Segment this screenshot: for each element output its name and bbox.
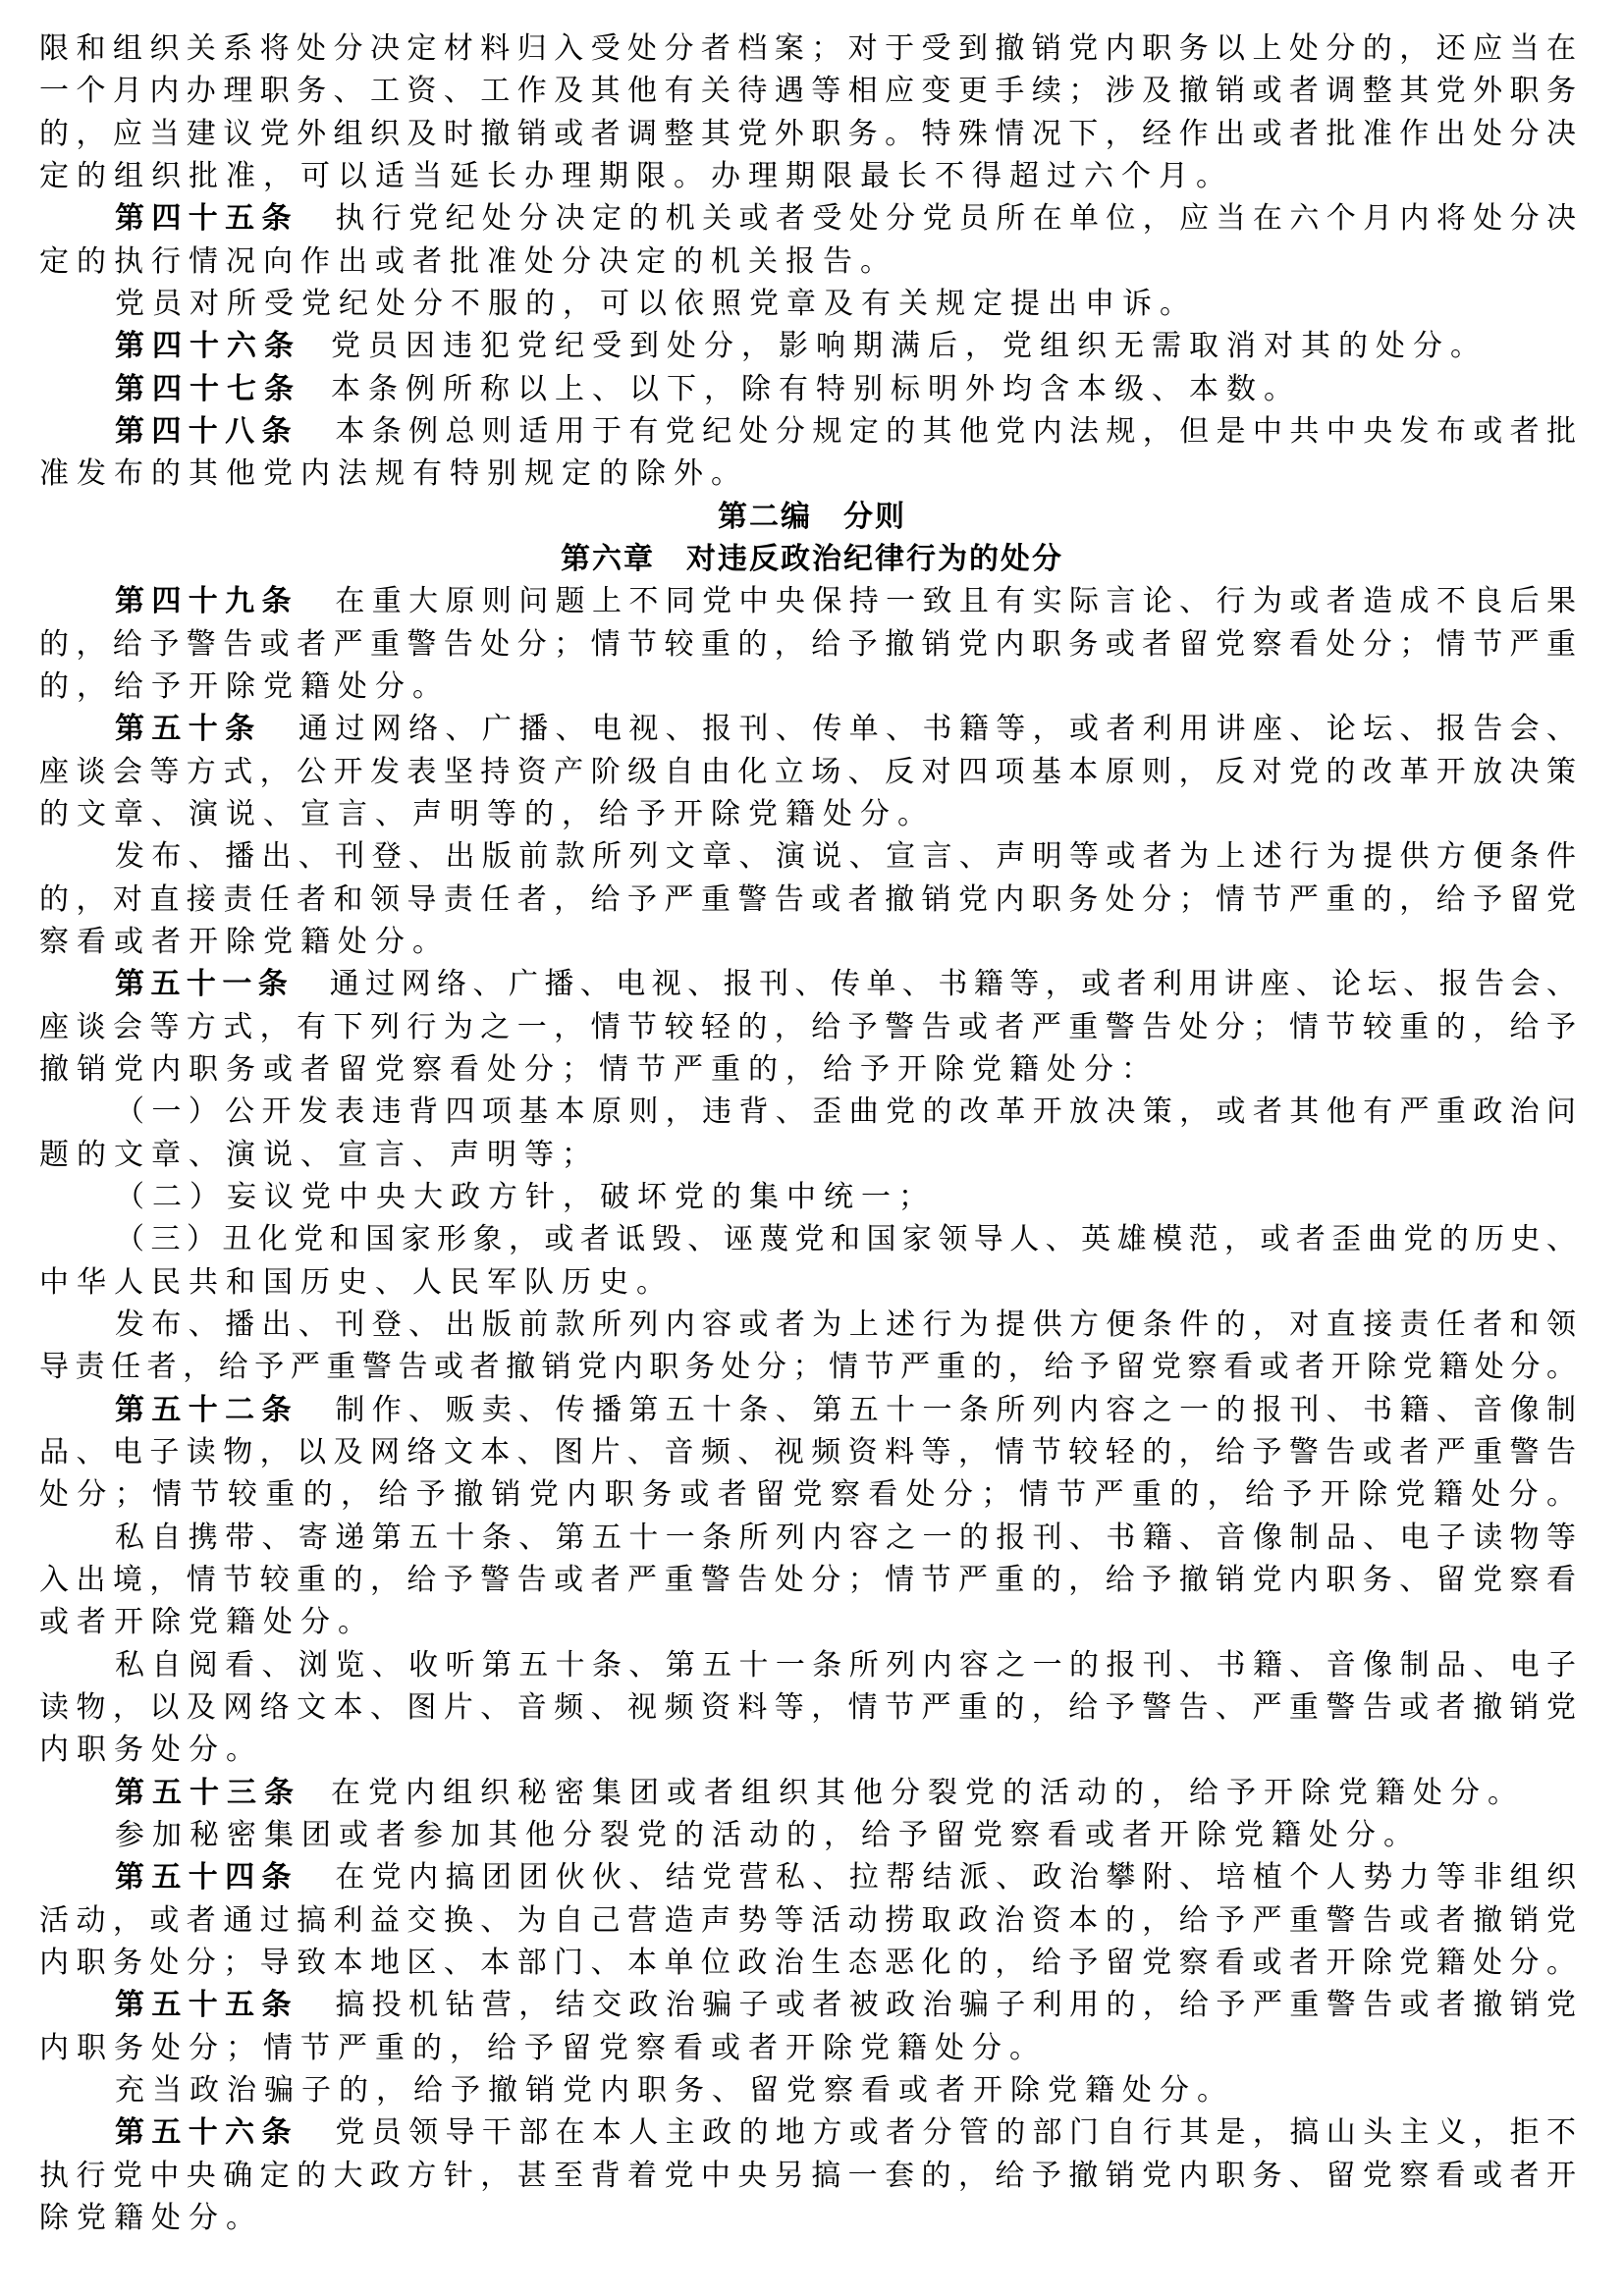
text-line: 内职务处分；导致本地区、本部门、本单位政治生态恶化的，给予留党察看或者开除党籍处… <box>39 1942 1576 1984</box>
text-line: 参加秘密集团或者参加其他分裂党的活动的，给予留党察看或者开除党籍处分。 <box>115 1814 1576 1856</box>
text-line: 撤销党内职务或者留党察看处分；情节严重的，给予开除党籍处分： <box>39 1048 1576 1091</box>
text-line: 活动，或者通过搞利益交换、为自己营造声势等活动捞取政治资本的，给予严重警告或者撤… <box>39 1899 1576 1942</box>
line-text: 充当政治骗子的，给予撤销党内职务、留党察看或者开除党籍处分。 <box>115 2073 1234 2108</box>
line-text: 撤销党内职务或者留党察看处分；情节严重的，给予开除党籍处分： <box>39 1052 1159 1087</box>
line-text: 发布、播出、刊登、出版前款所列文章、演说、宣言、声明等或者为上述行为提供方便条件 <box>115 839 1576 874</box>
line-text: 党员对所受党纪处分不服的，可以依照党章及有关规定提出申诉。 <box>115 287 1197 321</box>
line-text: 的，应当建议党外组织及时撤销或者调整其党外职务。特殊情况下，经作出或者批准作出处… <box>39 117 1576 151</box>
text-line: 发布、播出、刊登、出版前款所列文章、演说、宣言、声明等或者为上述行为提供方便条件 <box>115 835 1576 878</box>
line-text: 的，给予警告或者严重警告处分；情节较重的，给予撤销党内职务或者留党察看处分；情节… <box>39 627 1576 662</box>
line-text: 座谈会等方式，公开发表坚持资产阶级自由化立场、反对四项基本原则，反对党的改革开放… <box>39 755 1576 789</box>
text-line: 一个月内办理职务、工资、工作及其他有关待遇等相应变更手续；涉及撤销或者调整其党外… <box>39 70 1576 112</box>
line-text: 执行党中央确定的大政方针，甚至背着党中央另搞一套的，给予撤销党内职务、留党察看或… <box>39 2159 1576 2193</box>
line-text: 在党内搞团团伙伙、结党营私、拉帮结派、政治攀附、培植个人势力等非组织 <box>328 1860 1576 1895</box>
article-line: 第五十四条在党内搞团团伙伙、结党营私、拉帮结派、政治攀附、培植个人势力等非组织 <box>115 1856 1576 1898</box>
text-line: 察看或者开除党籍处分。 <box>39 921 1576 963</box>
line-text: 党员领导干部在本人主政的地方或者分管的部门自行其是，搞山头主义，拒不 <box>328 2115 1576 2150</box>
article-line: 第五十一条通过网络、广播、电视、报刊、传单、书籍等，或者利用讲座、论坛、报告会、 <box>115 963 1576 1005</box>
article-number: 第四十六条 <box>115 329 301 363</box>
line-text: 通过网络、广播、电视、报刊、传单、书籍等，或者利用讲座、论坛、报告会、 <box>292 712 1576 746</box>
text-line: 处分；情节较重的，给予撤销党内职务或者留党察看处分；情节严重的，给予开除党籍处分… <box>39 1473 1576 1516</box>
line-text: 的，对直接责任者和领导责任者，给予严重警告或者撤销党内职务处分；情节严重的，给予… <box>39 882 1576 917</box>
line-text: 制作、贩卖、传播第五十条、第五十一条所列内容之一的报刊、书籍、音像制 <box>328 1393 1576 1427</box>
text-line: 内职务处分；情节严重的，给予留党察看或者开除党籍处分。 <box>39 2027 1576 2069</box>
line-text: 定的执行情况向作出或者批准处分决定的机关报告。 <box>39 244 897 279</box>
line-text: 中华人民共和国历史、人民军队历史。 <box>39 1265 674 1300</box>
line-text: 在重大原则问题上不同党中央保持一致且有实际言论、行为或者造成不良后果 <box>328 584 1576 618</box>
part-heading: 第二编 分则 <box>0 496 1624 538</box>
text-line: 限和组织关系将处分决定材料归入受处分者档案；对于受到撤销党内职务以上处分的，还应… <box>39 27 1576 70</box>
line-text: 题的文章、演说、宣言、声明等； <box>39 1138 599 1172</box>
line-text: 本条例所称以上、以下，除有特别标明外均含本级、本数。 <box>331 372 1301 406</box>
article-line: 第五十二条制作、贩卖、传播第五十条、第五十一条所列内容之一的报刊、书籍、音像制 <box>115 1389 1576 1431</box>
text-line: 内职务处分。 <box>39 1729 1576 1771</box>
article-number: 第五十四条 <box>115 1860 298 1895</box>
article-number: 第五十二条 <box>115 1393 298 1427</box>
text-line: （一）公开发表违背四项基本原则，违背、歪曲党的改革开放决策，或者其他有严重政治问 <box>115 1091 1576 1133</box>
text-line: 党员对所受党纪处分不服的，可以依照党章及有关规定提出申诉。 <box>115 283 1576 325</box>
article-number: 第五十五条 <box>115 1988 298 2022</box>
line-text: 的文章、演说、宣言、声明等的，给予开除党籍处分。 <box>39 797 935 831</box>
line-text: 搞投机钻营，结交政治骗子或者被政治骗子利用的，给予严重警告或者撤销党 <box>328 1988 1576 2022</box>
line-text: 内职务处分；导致本地区、本部门、本单位政治生态恶化的，给予留党察看或者开除党籍处… <box>39 1946 1576 1980</box>
text-line: 定的组织批准，可以适当延长办理期限。办理期限最长不得超过六个月。 <box>39 155 1576 197</box>
line-text: 在党内组织秘密集团或者组织其他分裂党的活动的，给予开除党籍处分。 <box>331 1776 1525 1810</box>
line-text: 发布、播出、刊登、出版前款所列内容或者为上述行为提供方便条件的，对直接责任者和领 <box>115 1308 1576 1342</box>
text-line: 发布、播出、刊登、出版前款所列内容或者为上述行为提供方便条件的，对直接责任者和领 <box>115 1304 1576 1346</box>
line-text: 本条例总则适用于有党纪处分规定的其他党内法规，但是中共中央发布或者批 <box>328 414 1576 449</box>
text-line: （三）丑化党和国家形象，或者诋毁、诬蔑党和国家领导人、英雄模范，或者歪曲党的历史… <box>115 1218 1576 1260</box>
article-line: 第四十七条本条例所称以上、以下，除有特别标明外均含本级、本数。 <box>115 368 1576 410</box>
text-line: 入出境，情节较重的，给予警告或者严重警告处分；情节严重的，给予撤销党内职务、留党… <box>39 1559 1576 1601</box>
text-line: 的文章、演说、宣言、声明等的，给予开除党籍处分。 <box>39 793 1576 835</box>
line-text: 准发布的其他党内法规有特别规定的除外。 <box>39 456 748 491</box>
line-text: 党员因违犯党纪受到处分，影响期满后，党组织无需取消对其的处分。 <box>331 329 1488 363</box>
article-line: 第四十九条在重大原则问题上不同党中央保持一致且有实际言论、行为或者造成不良后果 <box>115 580 1576 622</box>
line-text: （二）妄议党中央大政方针，破坏党的集中统一； <box>115 1180 936 1214</box>
line-text: 导责任者，给予严重警告或者撤销党内职务处分；情节严重的，给予留党察看或者开除党籍… <box>39 1350 1576 1384</box>
article-line: 第五十条通过网络、广播、电视、报刊、传单、书籍等，或者利用讲座、论坛、报告会、 <box>115 708 1576 750</box>
article-number: 第五十条 <box>115 712 262 746</box>
line-text: 限和组织关系将处分决定材料归入受处分者档案；对于受到撤销党内职务以上处分的，还应… <box>39 31 1576 66</box>
text-line: 私自携带、寄递第五十条、第五十一条所列内容之一的报刊、书籍、音像制品、电子读物等 <box>115 1517 1576 1559</box>
line-text: 执行党纪处分决定的机关或者受处分党员所在单位，应当在六个月内将处分决 <box>328 201 1576 236</box>
line-text: 内职务处分；情节严重的，给予留党察看或者开除党籍处分。 <box>39 2031 1047 2065</box>
article-number: 第四十九条 <box>115 584 298 618</box>
line-text: 内职务处分。 <box>39 1733 263 1767</box>
line-text: 处分；情节较重的，给予撤销党内职务或者留党察看处分；情节严重的，给予开除党籍处分… <box>39 1477 1576 1512</box>
text-line: 题的文章、演说、宣言、声明等； <box>39 1134 1576 1176</box>
line-text: 察看或者开除党籍处分。 <box>39 925 450 959</box>
text-line: 的，给予开除党籍处分。 <box>39 666 1576 708</box>
text-line: 或者开除党籍处分。 <box>39 1601 1576 1643</box>
text-line: 的，给予警告或者严重警告处分；情节较重的，给予撤销党内职务或者留党察看处分；情节… <box>39 623 1576 666</box>
article-line: 第五十五条搞投机钻营，结交政治骗子或者被政治骗子利用的，给予严重警告或者撤销党 <box>115 1984 1576 2026</box>
line-text: （一）公开发表违背四项基本原则，违背、歪曲党的改革开放决策，或者其他有严重政治问 <box>115 1095 1576 1129</box>
article-line: 第五十六条党员领导干部在本人主政的地方或者分管的部门自行其是，搞山头主义，拒不 <box>115 2111 1576 2154</box>
article-line: 第四十五条执行党纪处分决定的机关或者受处分党员所在单位，应当在六个月内将处分决 <box>115 197 1576 240</box>
text-line: 座谈会等方式，有下列行为之一，情节较轻的，给予警告或者严重警告处分；情节较重的，… <box>39 1006 1576 1048</box>
article-number: 第五十一条 <box>115 967 294 1001</box>
line-text: 一个月内办理职务、工资、工作及其他有关待遇等相应变更手续；涉及撤销或者调整其党外… <box>39 74 1576 108</box>
article-number: 第四十八条 <box>115 414 298 449</box>
line-text: 入出境，情节较重的，给予警告或者严重警告处分；情节严重的，给予撤销党内职务、留党… <box>39 1563 1576 1597</box>
document-page: 限和组织关系将处分决定材料归入受处分者档案；对于受到撤销党内职务以上处分的，还应… <box>0 0 1624 2296</box>
line-text: 参加秘密集团或者参加其他分裂党的活动的，给予留党察看或者开除党籍处分。 <box>115 1818 1421 1852</box>
line-text: 定的组织批准，可以适当延长办理期限。办理期限最长不得超过六个月。 <box>39 159 1233 193</box>
line-text: 或者开除党籍处分。 <box>39 1605 375 1639</box>
text-line: 读物，以及网络文本、图片、音频、视频资料等，情节严重的，给予警告、严重警告或者撤… <box>39 1686 1576 1729</box>
line-text: 活动，或者通过搞利益交换、为自己营造声势等活动捞取政治资本的，给予严重警告或者撤… <box>39 1903 1576 1938</box>
text-line: 导责任者，给予严重警告或者撤销党内职务处分；情节严重的，给予留党察看或者开除党籍… <box>39 1346 1576 1388</box>
article-number: 第五十六条 <box>115 2115 298 2150</box>
text-line: 除党籍处分。 <box>39 2197 1576 2239</box>
text-line: 私自阅看、浏览、收听第五十条、第五十一条所列内容之一的报刊、书籍、音像制品、电子 <box>115 1644 1576 1686</box>
line-text: 除党籍处分。 <box>39 2201 263 2235</box>
text-line: 中华人民共和国历史、人民军队历史。 <box>39 1261 1576 1304</box>
text-line: 执行党中央确定的大政方针，甚至背着党中央另搞一套的，给予撤销党内职务、留党察看或… <box>39 2155 1576 2197</box>
article-number: 第五十三条 <box>115 1776 301 1810</box>
article-line: 第四十八条本条例总则适用于有党纪处分规定的其他党内法规，但是中共中央发布或者批 <box>115 410 1576 453</box>
text-line: （二）妄议党中央大政方针，破坏党的集中统一； <box>115 1176 1576 1218</box>
article-number: 第四十五条 <box>115 201 298 236</box>
line-text: 读物，以及网络文本、图片、音频、视频资料等，情节严重的，给予警告、严重警告或者撤… <box>39 1690 1576 1725</box>
text-line: 定的执行情况向作出或者批准处分决定的机关报告。 <box>39 240 1576 283</box>
chapter-heading: 第六章 对违反政治纪律行为的处分 <box>0 538 1624 580</box>
text-line: 准发布的其他党内法规有特别规定的除外。 <box>39 453 1576 495</box>
text-line: 的，应当建议党外组织及时撤销或者调整其党外职务。特殊情况下，经作出或者批准作出处… <box>39 113 1576 155</box>
line-text: 座谈会等方式，有下列行为之一，情节较轻的，给予警告或者严重警告处分；情节较重的，… <box>39 1010 1576 1044</box>
text-line: 座谈会等方式，公开发表坚持资产阶级自由化立场、反对四项基本原则，反对党的改革开放… <box>39 751 1576 793</box>
article-line: 第五十三条在党内组织秘密集团或者组织其他分裂党的活动的，给予开除党籍处分。 <box>115 1772 1576 1814</box>
line-text: 通过网络、广播、电视、报刊、传单、书籍等，或者利用讲座、论坛、报告会、 <box>323 967 1576 1001</box>
text-line: 充当政治骗子的，给予撤销党内职务、留党察看或者开除党籍处分。 <box>115 2069 1576 2111</box>
line-text: （三）丑化党和国家形象，或者诋毁、诬蔑党和国家领导人、英雄模范，或者歪曲党的历史… <box>115 1222 1576 1256</box>
line-text: 的，给予开除党籍处分。 <box>39 669 450 704</box>
text-line: 品、电子读物，以及网络文本、图片、音频、视频资料等，情节较轻的，给予警告或者严重… <box>39 1431 1576 1473</box>
article-number: 第四十七条 <box>115 372 301 406</box>
line-text: 私自携带、寄递第五十条、第五十一条所列内容之一的报刊、书籍、音像制品、电子读物等 <box>115 1521 1576 1555</box>
article-line: 第四十六条党员因违犯党纪受到处分，影响期满后，党组织无需取消对其的处分。 <box>115 325 1576 367</box>
line-text: 私自阅看、浏览、收听第五十条、第五十一条所列内容之一的报刊、书籍、音像制品、电子 <box>115 1648 1576 1682</box>
text-line: 的，对直接责任者和领导责任者，给予严重警告或者撤销党内职务处分；情节严重的，给予… <box>39 879 1576 921</box>
line-text: 品、电子读物，以及网络文本、图片、音频、视频资料等，情节较轻的，给予警告或者严重… <box>39 1435 1576 1469</box>
